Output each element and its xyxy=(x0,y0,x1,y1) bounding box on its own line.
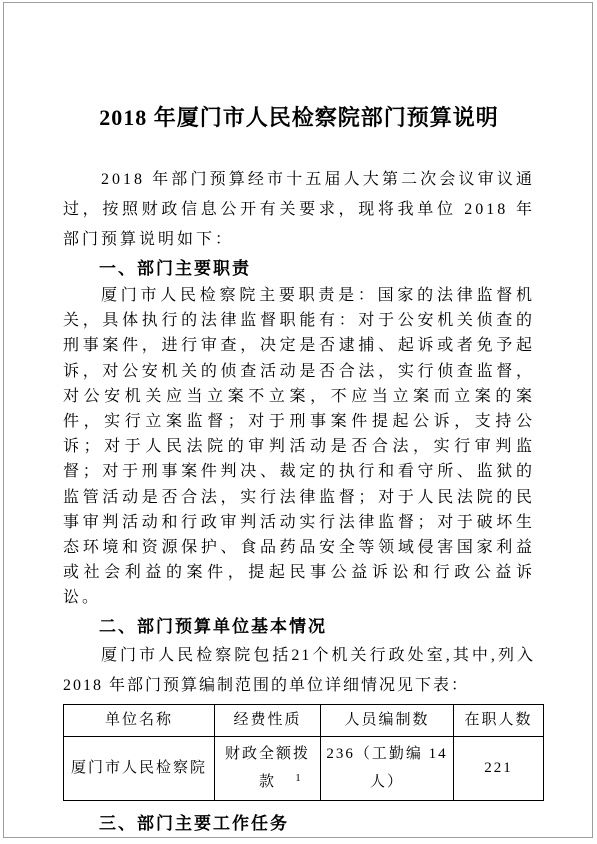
section-heading-budget-units: 二、部门预算单位基本情况 xyxy=(63,613,535,641)
intro-paragraph: 2018 年部门预算经市十五届人大第二次会议审议通过，按照财政信息公开有关要求，… xyxy=(63,165,535,255)
table-header-row: 单位名称 经费性质 人员编制数 在职人数 xyxy=(64,704,544,736)
cell-unit-name: 厦门市人民检察院 xyxy=(64,736,215,800)
budget-units-table: 单位名称 经费性质 人员编制数 在职人数 厦门市人民检察院 财政全额拨款 236… xyxy=(63,704,544,801)
section-heading-duties: 一、部门主要职责 xyxy=(63,255,535,283)
table-header-unit-name: 单位名称 xyxy=(64,704,215,736)
section-body-budget-units: 厦门市人民检察院包括21个机关行政处室,其中,列入 2018 年部门预算编制范围… xyxy=(63,641,535,701)
table-row: 厦门市人民检察院 财政全额拨款 236（工勤编 14 人） 221 xyxy=(64,736,544,800)
table-header-staff-current: 在职人数 xyxy=(454,704,544,736)
document-page: 2018 年厦门市人民检察院部门预算说明 2018 年部门预算经市十五届人大第二… xyxy=(3,2,593,838)
cell-staff-quota: 236（工勤编 14 人） xyxy=(321,736,454,800)
cell-funding-type: 财政全额拨款 xyxy=(215,736,321,800)
page-number: 1 xyxy=(4,772,592,784)
section-body-duties: 厦门市人民检察院主要职责是：国家的法律监督机关，具体执行的法律监督职能有：对于公… xyxy=(63,283,535,611)
table-header-funding-type: 经费性质 xyxy=(215,704,321,736)
table-header-staff-quota: 人员编制数 xyxy=(321,704,454,736)
section-heading-main-tasks: 三、部门主要工作任务 xyxy=(63,810,535,838)
document-content: 2018 年厦门市人民检察院部门预算说明 2018 年部门预算经市十五届人大第二… xyxy=(63,3,535,838)
cell-staff-current: 221 xyxy=(454,736,544,800)
document-title: 2018 年厦门市人民检察院部门预算说明 xyxy=(63,103,535,133)
